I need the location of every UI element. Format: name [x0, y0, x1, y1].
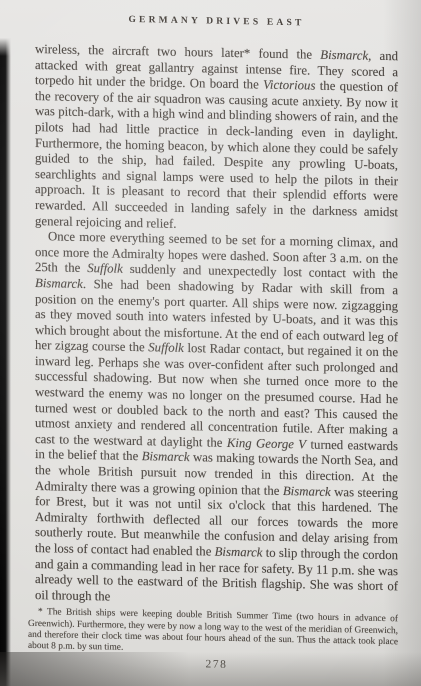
paragraph-1: wireless, the aircraft two hours later* …	[35, 42, 398, 236]
page-content: GERMANY DRIVES EAST wireless, the aircra…	[35, 13, 398, 674]
footnote: * The British ships were keeping double …	[28, 607, 398, 660]
book-page-photo: GERMANY DRIVES EAST wireless, the aircra…	[0, 0, 421, 686]
paragraph-2: Once more everything seemed to be set fo…	[35, 229, 398, 611]
book-gutter-shadow	[0, 38, 11, 686]
page-body: wireless, the aircraft two hours later* …	[35, 42, 398, 611]
running-header: GERMANY DRIVES EAST	[35, 13, 398, 30]
